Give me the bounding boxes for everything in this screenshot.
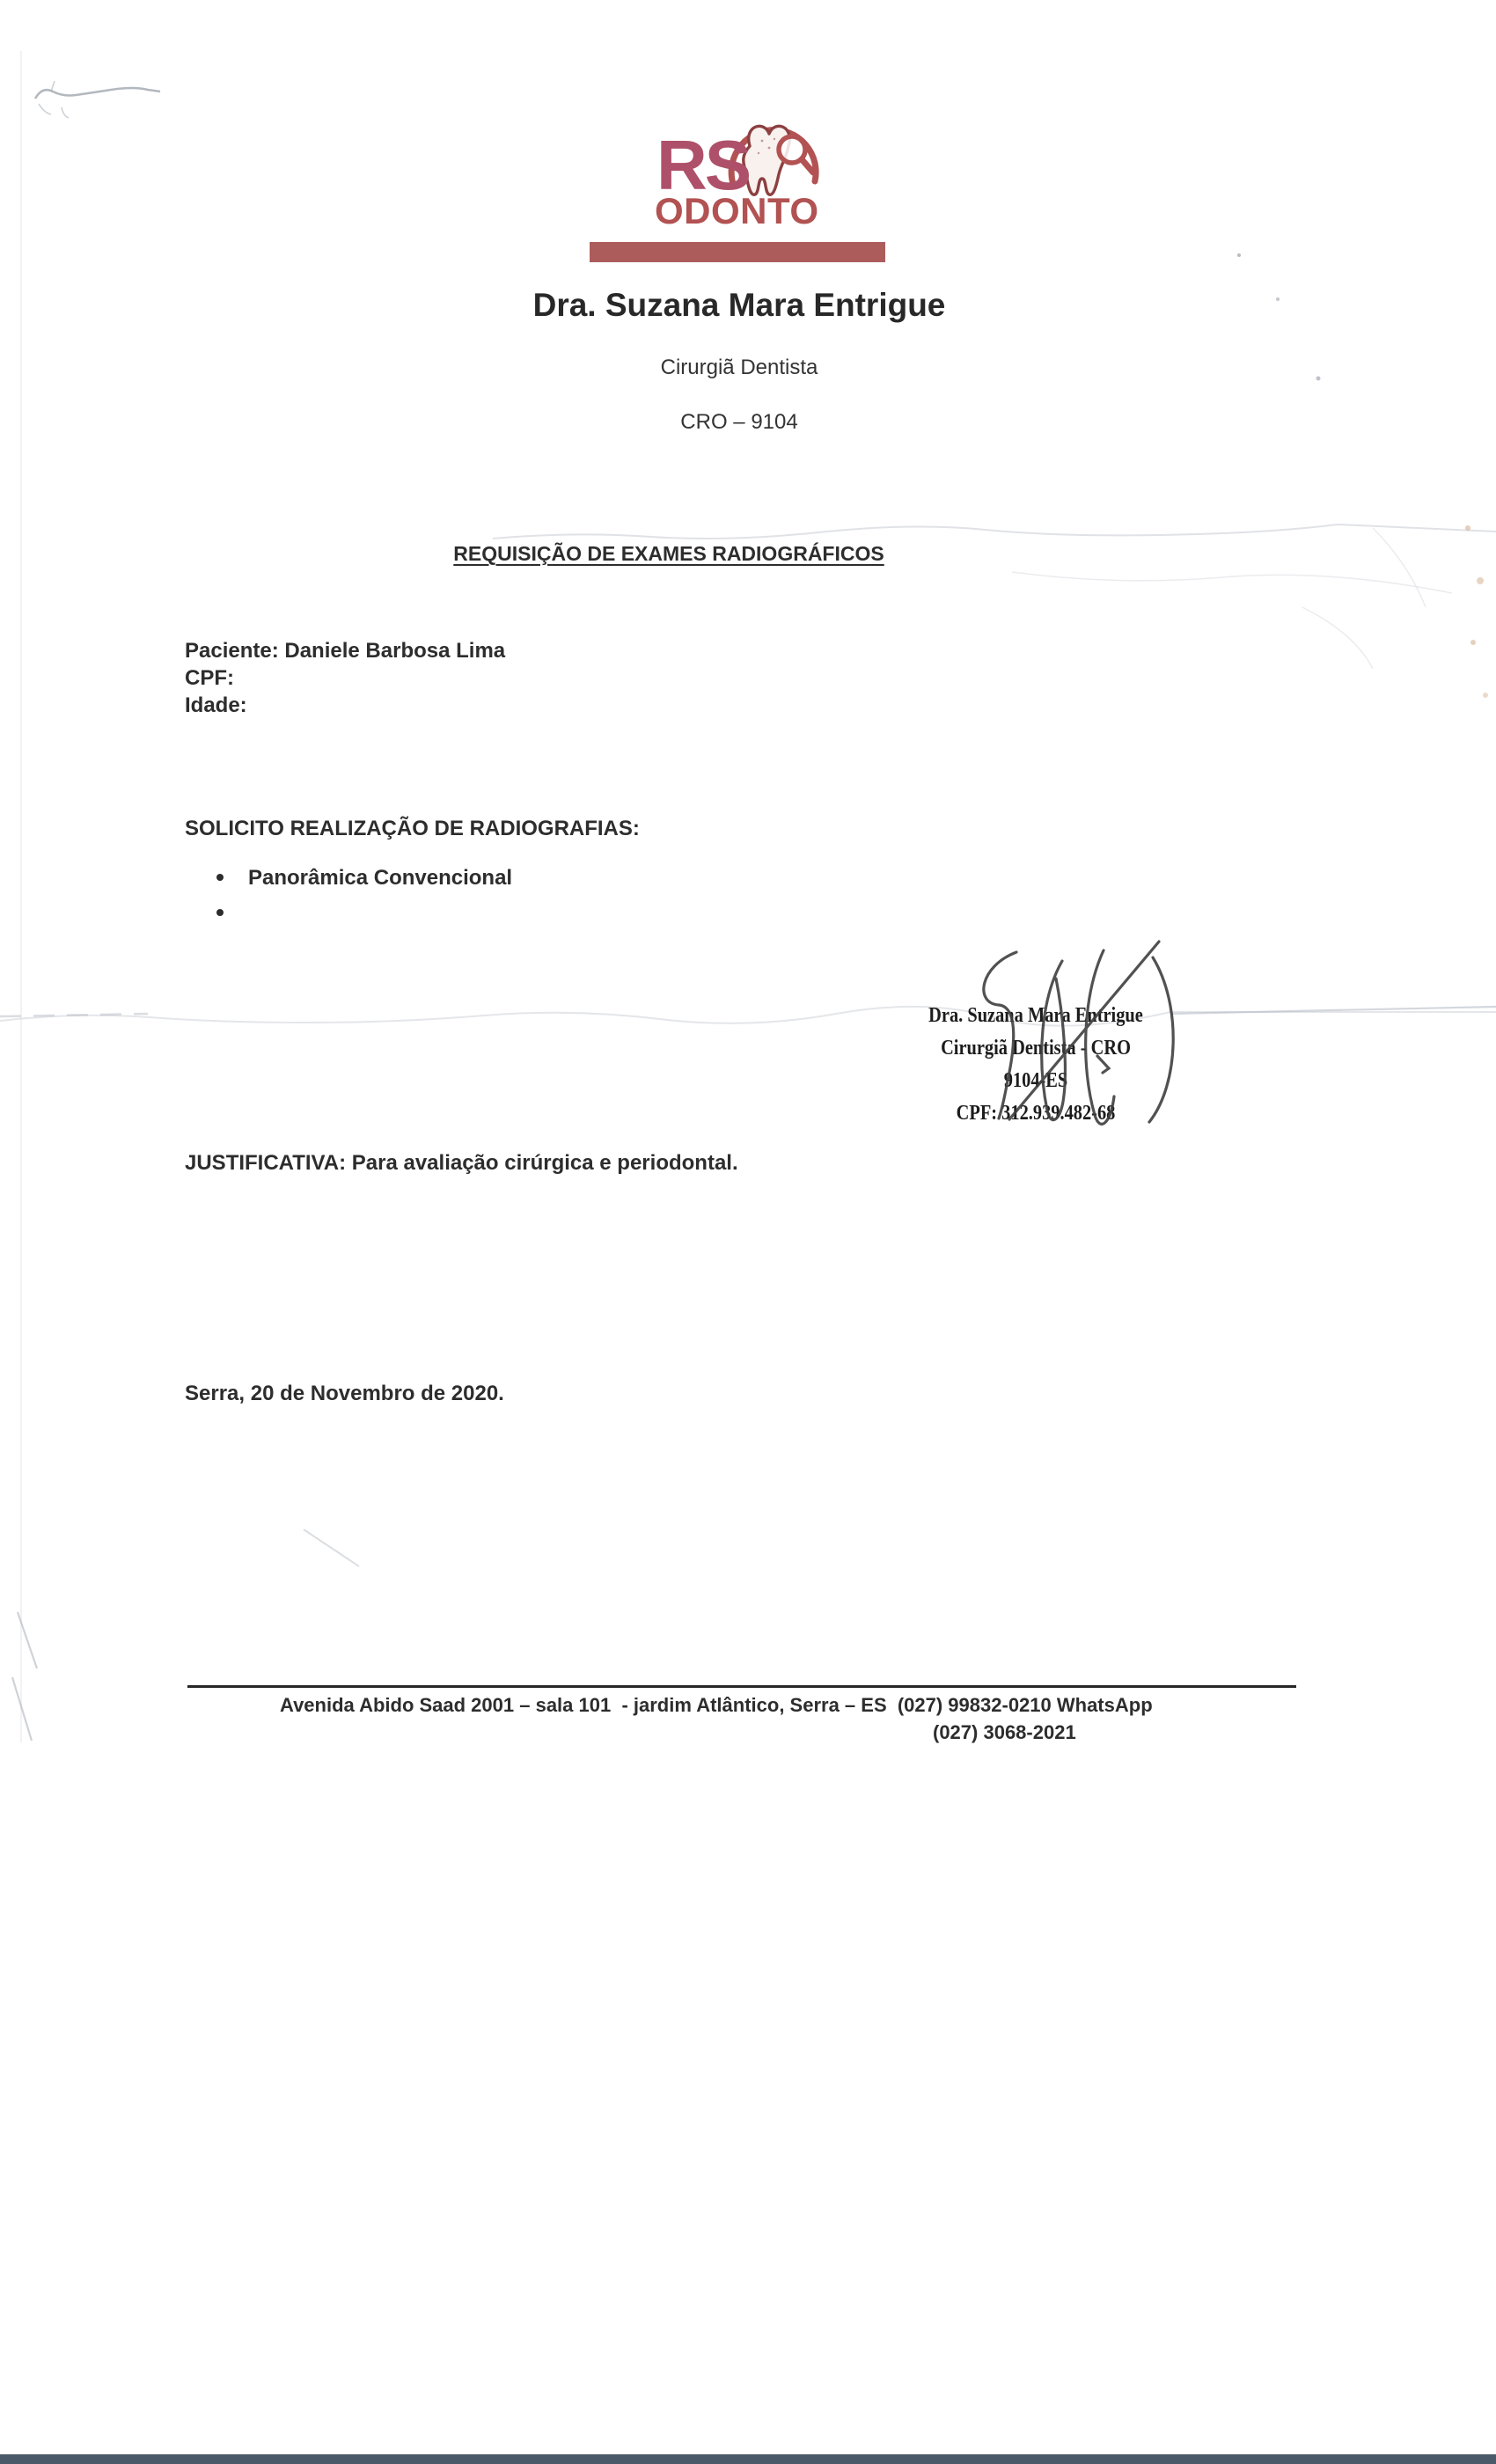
patient-line: Paciente: Daniele Barbosa Lima <box>185 637 505 664</box>
cro-number: CRO – 9104 <box>378 410 1100 435</box>
doctor-name: Dra. Suzana Mara Entrigue <box>378 287 1100 324</box>
request-item-label: Panorâmica Convencional <box>248 866 512 891</box>
doctor-title: Cirurgiã Dentista <box>378 356 1100 380</box>
list-item: Panorâmica Convencional <box>216 866 512 891</box>
date-line: Serra, 20 de Novembro de 2020. <box>185 1382 504 1406</box>
justification-line: JUSTIFICATIVA: Para avaliação cirúrgica … <box>185 1151 738 1176</box>
request-heading: SOLICITO REALIZAÇÃO DE RADIOGRAFIAS: <box>185 817 640 841</box>
footer-address: Avenida Abido Saad 2001 – sala 101 - jar… <box>280 1694 1153 1717</box>
scanned-document-page: RS ODONTO Dra. Suzana Mara Entrigue Ciru… <box>0 0 1496 2464</box>
signature-scrawl <box>928 924 1201 1148</box>
document-title: REQUISIÇÃO DE EXAMES RADIOGRÁFICOS <box>361 542 977 566</box>
bullet-icon <box>216 909 224 916</box>
scan-edge-bar <box>0 2454 1496 2464</box>
logo-odonto-text: ODONTO <box>655 190 819 232</box>
patient-info-block: Paciente: Daniele Barbosa Lima CPF: Idad… <box>185 637 505 719</box>
list-item <box>216 901 248 916</box>
cpf-line: CPF: <box>185 664 505 692</box>
age-line: Idade: <box>185 692 505 719</box>
footer-phone: (027) 3068-2021 <box>933 1721 1076 1744</box>
logo-divider-bar <box>590 242 885 262</box>
bullet-icon <box>216 874 224 881</box>
footer-divider <box>187 1685 1296 1688</box>
